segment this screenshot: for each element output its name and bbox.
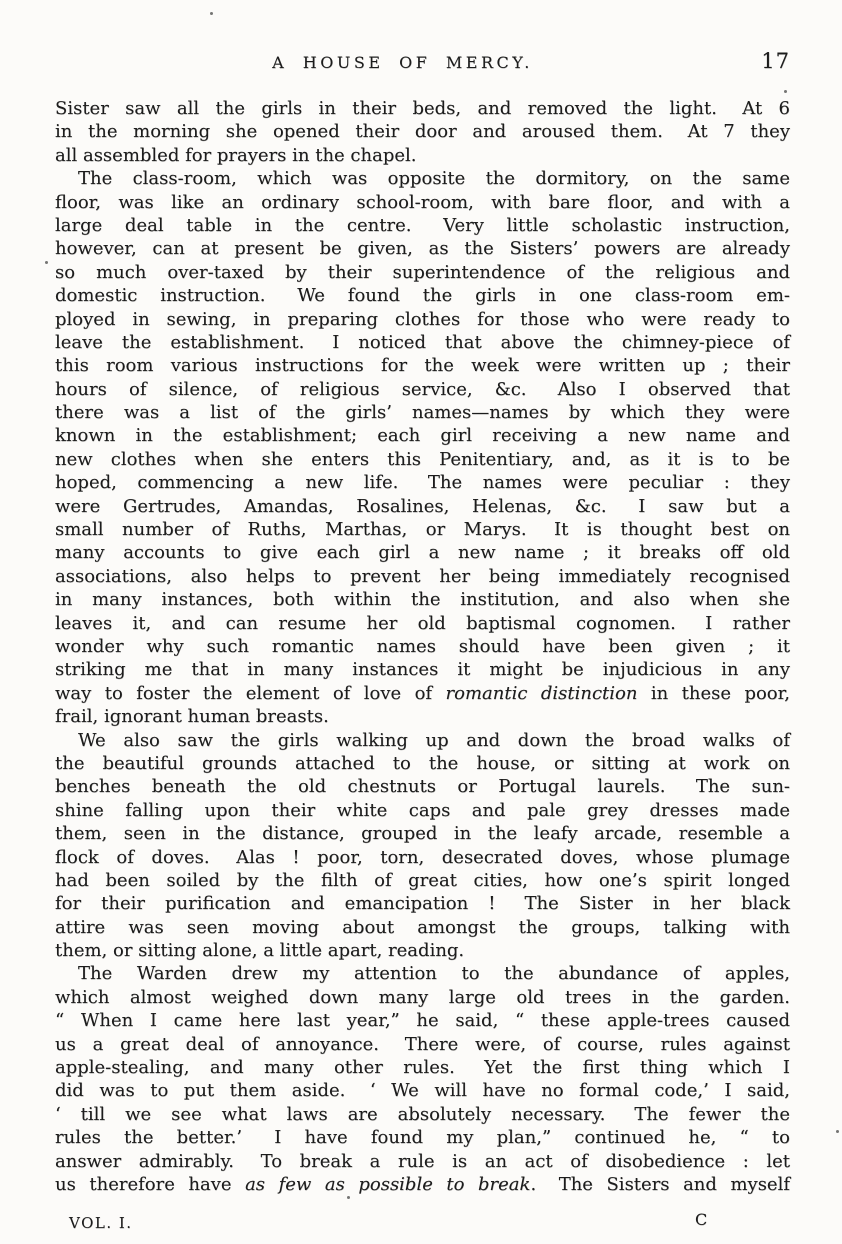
- text-run: in many instances, both within the insti…: [55, 589, 790, 610]
- running-head: A HOUSE OF MERCY. 17: [55, 53, 790, 79]
- text-line: them, seen in the distance, grouped in t…: [55, 822, 790, 845]
- text-line: known in the establishment; each girl re…: [55, 424, 790, 447]
- text-line: floor, was like an ordinary school-room,…: [55, 191, 790, 214]
- book-page: A HOUSE OF MERCY. 17 Sister saw all the …: [0, 0, 842, 1244]
- text-run: there was a list of the girls’ names—nam…: [55, 402, 790, 423]
- text-run: The Warden drew my attention to the abun…: [78, 963, 790, 984]
- text-run: this room various instructions for the w…: [55, 355, 790, 376]
- text-line: this room various instructions for the w…: [55, 354, 790, 377]
- text-line: in many instances, both within the insti…: [55, 588, 790, 611]
- text-run: hoped, commencing a new life. The names …: [55, 472, 790, 493]
- text-line: ployed in sewing, in preparing clothes f…: [55, 308, 790, 331]
- text-run: Sister saw all the girls in their beds, …: [55, 98, 790, 119]
- page-footer: VOL. I. C: [55, 1210, 790, 1236]
- text-run: us a great deal of annoyance. There were…: [55, 1034, 790, 1055]
- text-run: associations, also helps to prevent her …: [55, 566, 790, 587]
- text-run: small number of Ruths, Marthas, or Marys…: [55, 519, 790, 540]
- text-line: The class-room, which was opposite the d…: [55, 167, 790, 190]
- text-line: small number of Ruths, Marthas, or Marys…: [55, 518, 790, 541]
- scan-speck: [784, 90, 787, 93]
- text-line: for their purification and emancipation …: [55, 892, 790, 915]
- text-run: way to foster the element of love of: [55, 683, 446, 704]
- text-line: many accounts to give each girl a new na…: [55, 541, 790, 564]
- text-run: them, or sitting alone, a little apart, …: [55, 940, 464, 961]
- text-line: however, can at present be given, as the…: [55, 237, 790, 260]
- text-run: shine falling upon their white caps and …: [55, 800, 790, 821]
- text-run: which almost weighed down many large old…: [55, 987, 790, 1008]
- text-run: leaves it, and can resume her old baptis…: [55, 613, 790, 634]
- text-line: apple-stealing, and many other rules. Ye…: [55, 1056, 790, 1079]
- text-line: attire was seen moving about amongst the…: [55, 916, 790, 939]
- text-line: Sister saw all the girls in their beds, …: [55, 97, 790, 120]
- scan-speck: [45, 261, 48, 264]
- text-run: attire was seen moving about amongst the…: [55, 917, 790, 938]
- text-line: there was a list of the girls’ names—nam…: [55, 401, 790, 424]
- text-line: associations, also helps to prevent her …: [55, 565, 790, 588]
- text-line: The Warden drew my attention to the abun…: [55, 962, 790, 985]
- text-run: them, seen in the distance, grouped in t…: [55, 823, 790, 844]
- volume-label: VOL. I.: [69, 1214, 133, 1232]
- text-line: wonder why such romantic names should ha…: [55, 635, 790, 658]
- text-run: the beautiful grounds attached to the ho…: [55, 753, 790, 774]
- text-run: large deal table in the centre. Very lit…: [55, 215, 790, 236]
- text-line: hoped, commencing a new life. The names …: [55, 471, 790, 494]
- signature-mark: C: [695, 1210, 707, 1229]
- text-line: answer admirably. To break a rule is an …: [55, 1150, 790, 1173]
- text-line: did was to put them aside. ‘ We will hav…: [55, 1079, 790, 1102]
- text-line: We also saw the girls walking up and dow…: [55, 729, 790, 752]
- italic-text: romantic distinction: [446, 683, 638, 704]
- text-line: so much over-taxed by their superintende…: [55, 261, 790, 284]
- text-run: domestic instruction. We found the girls…: [55, 285, 790, 306]
- page-title: A HOUSE OF MERCY.: [55, 53, 750, 72]
- text-run: many accounts to give each girl a new na…: [55, 542, 790, 563]
- page-number: 17: [761, 49, 790, 73]
- scan-speck: [210, 12, 213, 15]
- text-run: so much over-taxed by their superintende…: [55, 262, 790, 283]
- text-line: large deal table in the centre. Very lit…: [55, 214, 790, 237]
- text-run: leave the establishment. I noticed that …: [55, 332, 790, 353]
- text-run: had been soiled by the filth of great ci…: [55, 870, 790, 891]
- text-line: benches beneath the old chestnuts or Por…: [55, 775, 790, 798]
- text-line: us therefore have as few as possible to …: [55, 1173, 790, 1196]
- text-run: in these poor,: [637, 683, 790, 704]
- text-line: all assembled for prayers in the chapel.: [55, 144, 790, 167]
- paragraph: The Warden drew my attention to the abun…: [55, 962, 790, 1196]
- text-line: the beautiful grounds attached to the ho…: [55, 752, 790, 775]
- text-run: ployed in sewing, in preparing clothes f…: [55, 309, 790, 330]
- text-run: were Gertrudes, Amandas, Rosalines, Hele…: [55, 496, 790, 517]
- paragraph: Sister saw all the girls in their beds, …: [55, 97, 790, 167]
- text-run: answer admirably. To break a rule is an …: [55, 1151, 790, 1172]
- text-line: frail, ignorant human breasts.: [55, 705, 790, 728]
- text-run: all assembled for prayers in the chapel.: [55, 145, 416, 166]
- text-run: for their purification and emancipation …: [55, 893, 790, 914]
- text-run: floor, was like an ordinary school-room,…: [55, 192, 790, 213]
- text-run: did was to put them aside. ‘ We will hav…: [55, 1080, 790, 1101]
- text-line: way to foster the element of love of rom…: [55, 682, 790, 705]
- text-run: wonder why such romantic names should ha…: [55, 636, 790, 657]
- text-line: us a great deal of annoyance. There were…: [55, 1033, 790, 1056]
- scan-speck: [836, 1130, 839, 1133]
- text-line: in the morning she opened their door and…: [55, 120, 790, 143]
- text-run: . The Sisters and myself: [530, 1174, 790, 1195]
- text-line: flock of doves. Alas ! poor, torn, desec…: [55, 846, 790, 869]
- text-run: apple-stealing, and many other rules. Ye…: [55, 1057, 790, 1078]
- scan-speck: [347, 1196, 350, 1199]
- text-run: frail, ignorant human breasts.: [55, 706, 329, 727]
- text-line: domestic instruction. We found the girls…: [55, 284, 790, 307]
- text-run: hours of silence, of religious service, …: [55, 379, 790, 400]
- text-run: flock of doves. Alas ! poor, torn, desec…: [55, 847, 790, 868]
- text-run: ‘ till we see what laws are absolutely n…: [55, 1104, 790, 1125]
- text-line: were Gertrudes, Amandas, Rosalines, Hele…: [55, 495, 790, 518]
- text-line: which almost weighed down many large old…: [55, 986, 790, 1009]
- text-line: new clothes when she enters this Peniten…: [55, 448, 790, 471]
- text-run: us therefore have: [55, 1174, 245, 1195]
- text-line: leave the establishment. I noticed that …: [55, 331, 790, 354]
- text-run: benches beneath the old chestnuts or Por…: [55, 776, 790, 797]
- text-line: had been soiled by the filth of great ci…: [55, 869, 790, 892]
- text-run: The class-room, which was opposite the d…: [78, 168, 790, 189]
- paragraph: The class-room, which was opposite the d…: [55, 167, 790, 728]
- text-line: leaves it, and can resume her old baptis…: [55, 612, 790, 635]
- text-run: striking me that in many instances it mi…: [55, 659, 790, 680]
- text-line: ‘ till we see what laws are absolutely n…: [55, 1103, 790, 1126]
- text-run: We also saw the girls walking up and dow…: [78, 730, 790, 751]
- text-block: Sister saw all the girls in their beds, …: [55, 97, 790, 1196]
- text-run: in the morning she opened their door and…: [55, 121, 790, 142]
- italic-text: as few as possible to break: [245, 1174, 530, 1195]
- text-run: “ When I came here last year,” he said, …: [55, 1010, 790, 1031]
- text-run: rules the better.’ I have found my plan,…: [55, 1127, 790, 1148]
- text-line: hours of silence, of religious service, …: [55, 378, 790, 401]
- text-line: shine falling upon their white caps and …: [55, 799, 790, 822]
- paragraph: We also saw the girls walking up and dow…: [55, 729, 790, 963]
- text-line: “ When I came here last year,” he said, …: [55, 1009, 790, 1032]
- text-run: however, can at present be given, as the…: [55, 238, 790, 259]
- text-line: them, or sitting alone, a little apart, …: [55, 939, 790, 962]
- text-line: striking me that in many instances it mi…: [55, 658, 790, 681]
- text-line: rules the better.’ I have found my plan,…: [55, 1126, 790, 1149]
- text-run: known in the establishment; each girl re…: [55, 425, 790, 446]
- text-run: new clothes when she enters this Peniten…: [55, 449, 790, 470]
